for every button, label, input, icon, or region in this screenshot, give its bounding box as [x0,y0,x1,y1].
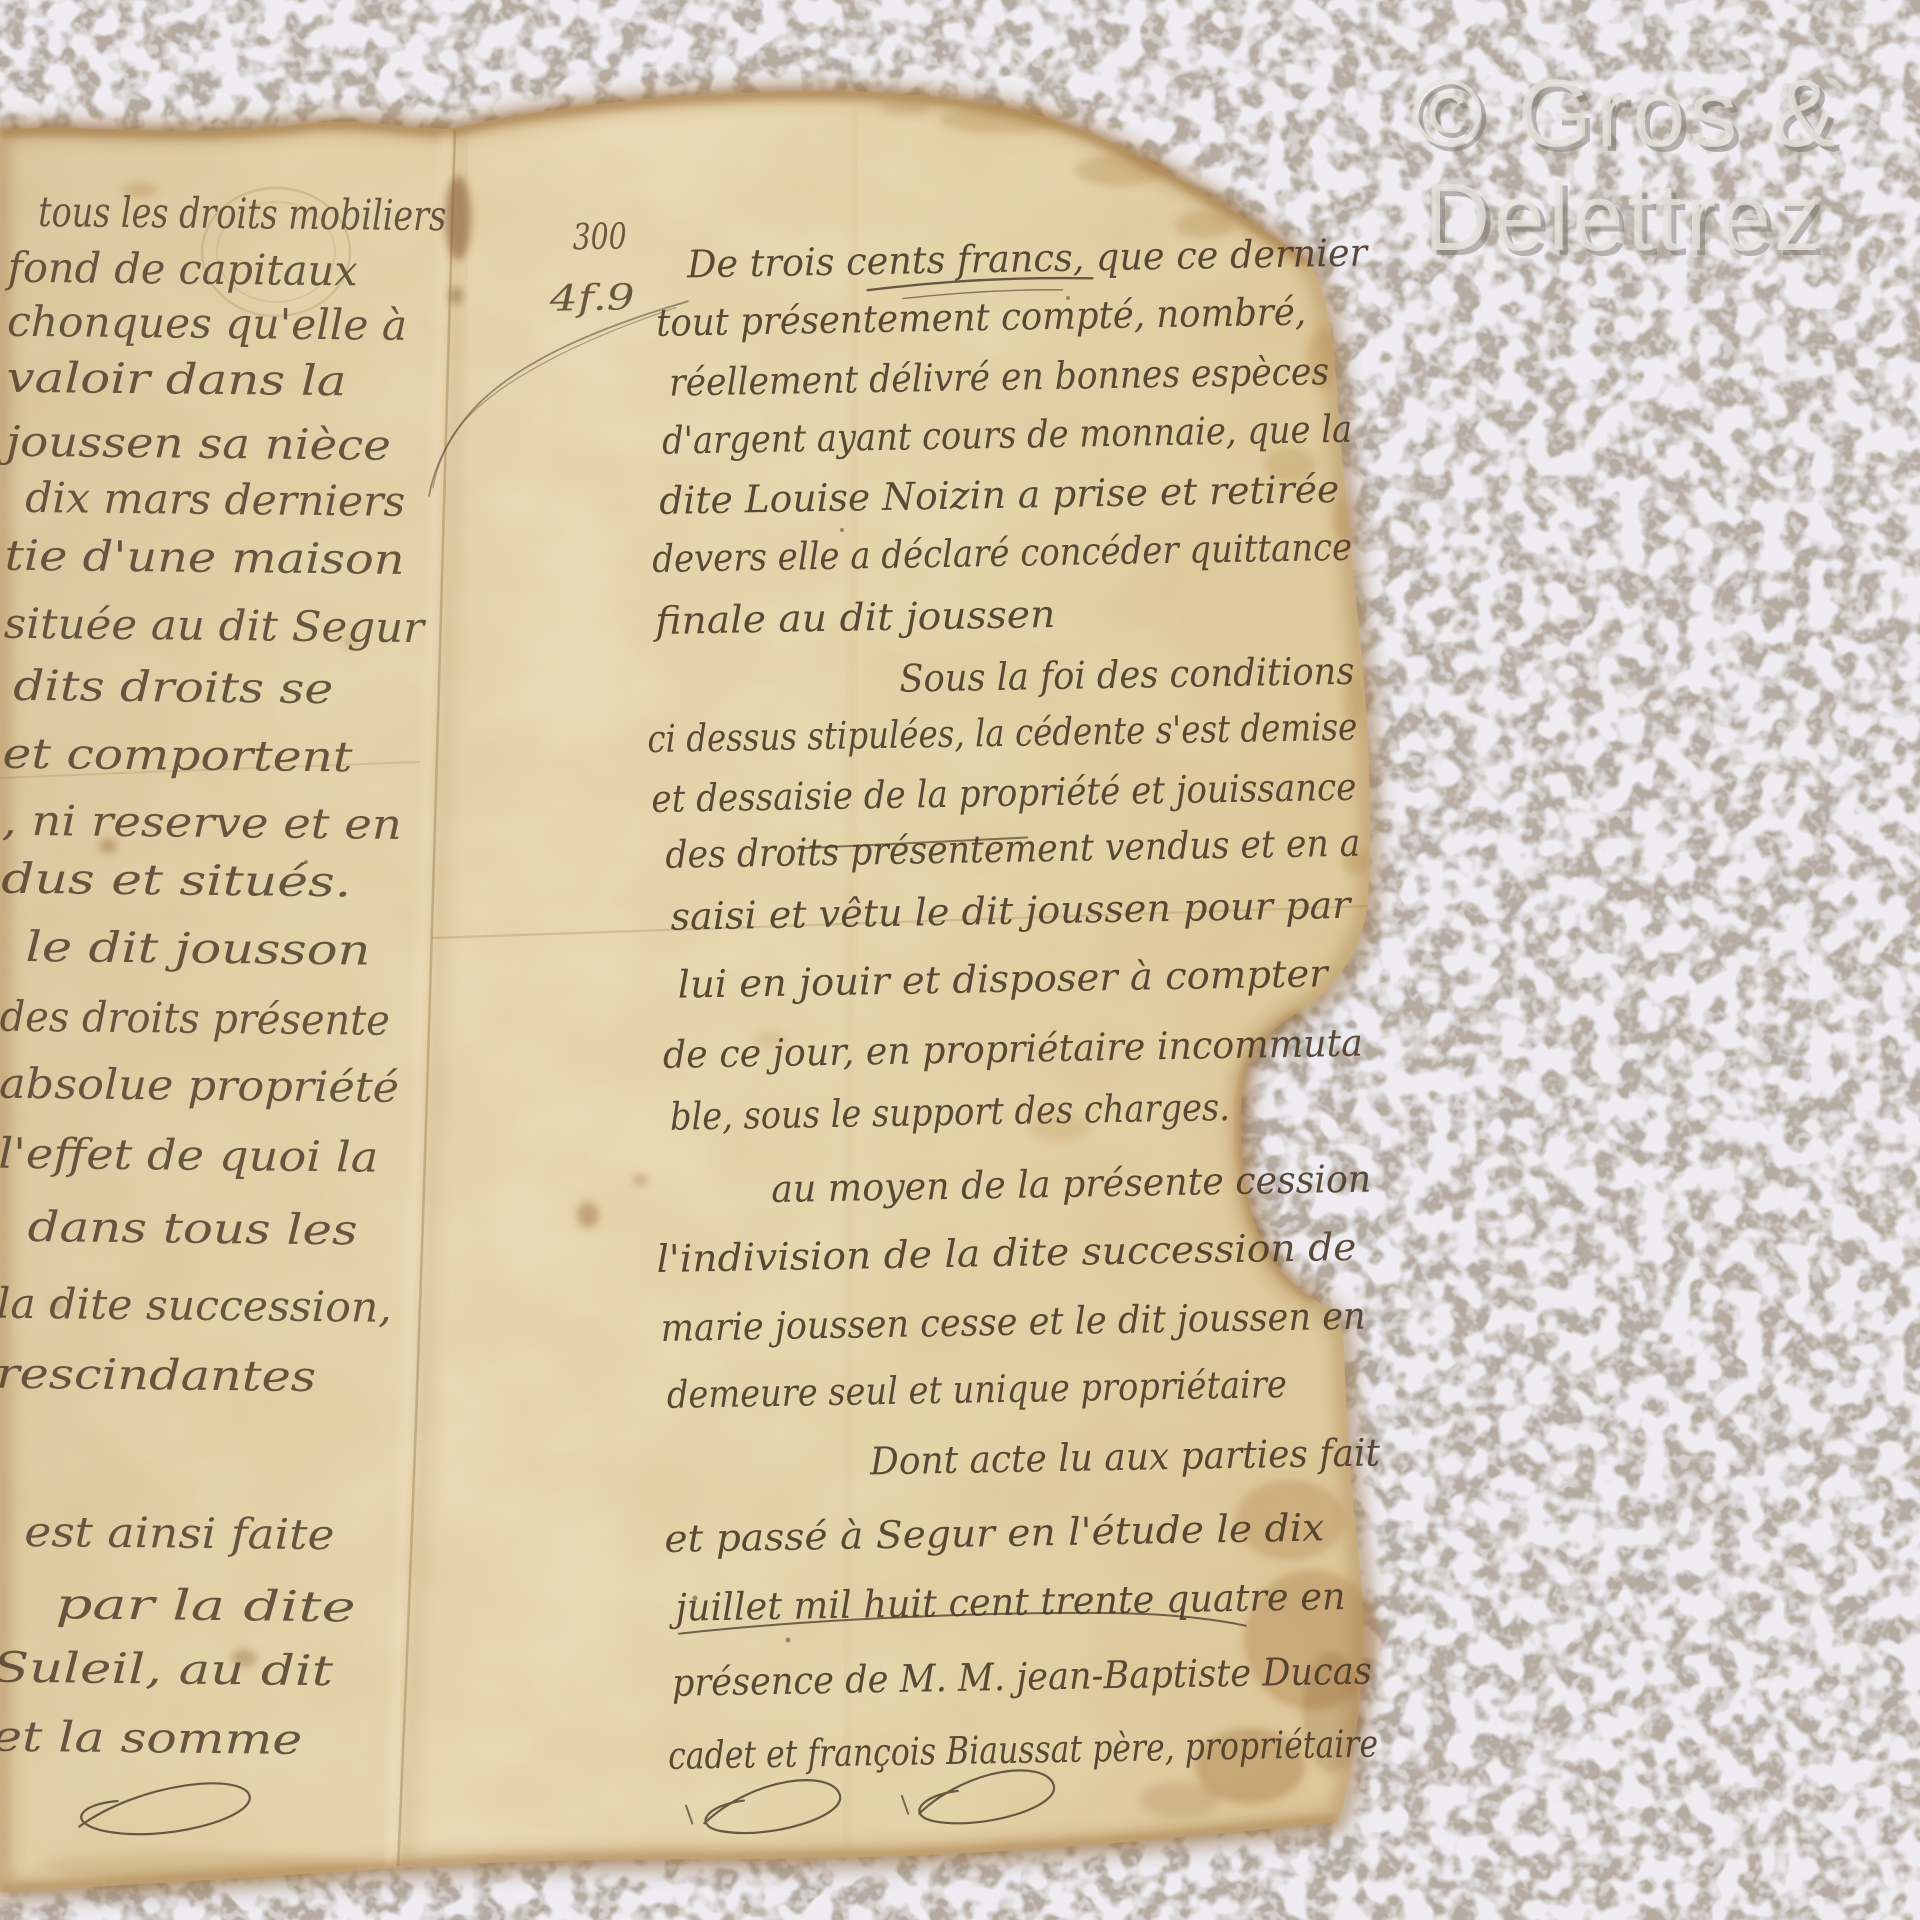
stain [633,1174,647,1186]
handwritten-line: le dit jousson [25,922,370,975]
ink-speck [786,1638,791,1643]
handwritten-line: fond de capitaux [4,243,358,296]
handwritten-line: la dite succession, [0,1279,392,1332]
handwritten-line: et la somme [0,1712,303,1764]
handwritten-line: , ni reserve et en [2,796,402,849]
handwritten-line: tous les droits mobiliers [38,187,446,240]
handwritten-line: Suleil, au dit [0,1643,333,1696]
handwritten-line: joussen sa nièce [0,417,391,470]
stain [1140,1782,1220,1818]
handwritten-line: Sous la foi des conditions [899,649,1355,701]
handwritten-line: dans tous les [27,1202,357,1254]
photo-of-manuscript: tous les droits mobiliers fond de capita… [0,0,1920,1920]
handwritten-line: dus et situés. [1,854,351,907]
handwritten-line: absolue propriété [0,1059,399,1112]
handwritten-line: et comportent [2,729,353,782]
handwritten-line: située au dit Segur [4,599,428,652]
handwritten-line: rescindantes [0,1349,316,1401]
handwritten-line: tie d'une maison [4,531,404,584]
stain [940,106,1060,134]
handwritten-line: Dont acte lu aux parties fait [869,1430,1381,1483]
handwritten-line: est ainsi faite [24,1507,334,1559]
stain [577,1202,599,1228]
handwritten-line: dix mars derniers [25,473,405,526]
handwritten-line: valoir dans la [6,353,346,406]
stain [880,100,930,116]
handwritten-line: des droits présente [0,992,390,1045]
stain [1075,154,1165,186]
manuscript-photo-canvas: tous les droits mobiliers fond de capita… [0,0,1920,1920]
watermark-line2: Delettrez [1424,164,1824,271]
margin-note-fee: 4f.9 [548,277,635,319]
margin-note-amount: 300 [572,216,627,258]
stain [40,1852,360,1880]
stain [449,287,463,305]
watermark-line1: © Gros & [1412,60,1840,167]
stain [445,176,471,260]
watermark: © Gros & Delettrez © Gros & Delettrez [1412,60,1845,276]
handwritten-line: chonques qu'elle à [7,297,407,350]
manuscript-sheet: tous les droits mobiliers fond de capita… [0,91,1397,1902]
ink-speck [840,528,844,532]
handwritten-line: par la dite [55,1579,355,1631]
handwritten-line: dits droits se [13,661,333,713]
handwritten-line: finale au dit joussen [652,592,1056,643]
handwritten-line: l'effet de quoi la [0,1129,379,1182]
